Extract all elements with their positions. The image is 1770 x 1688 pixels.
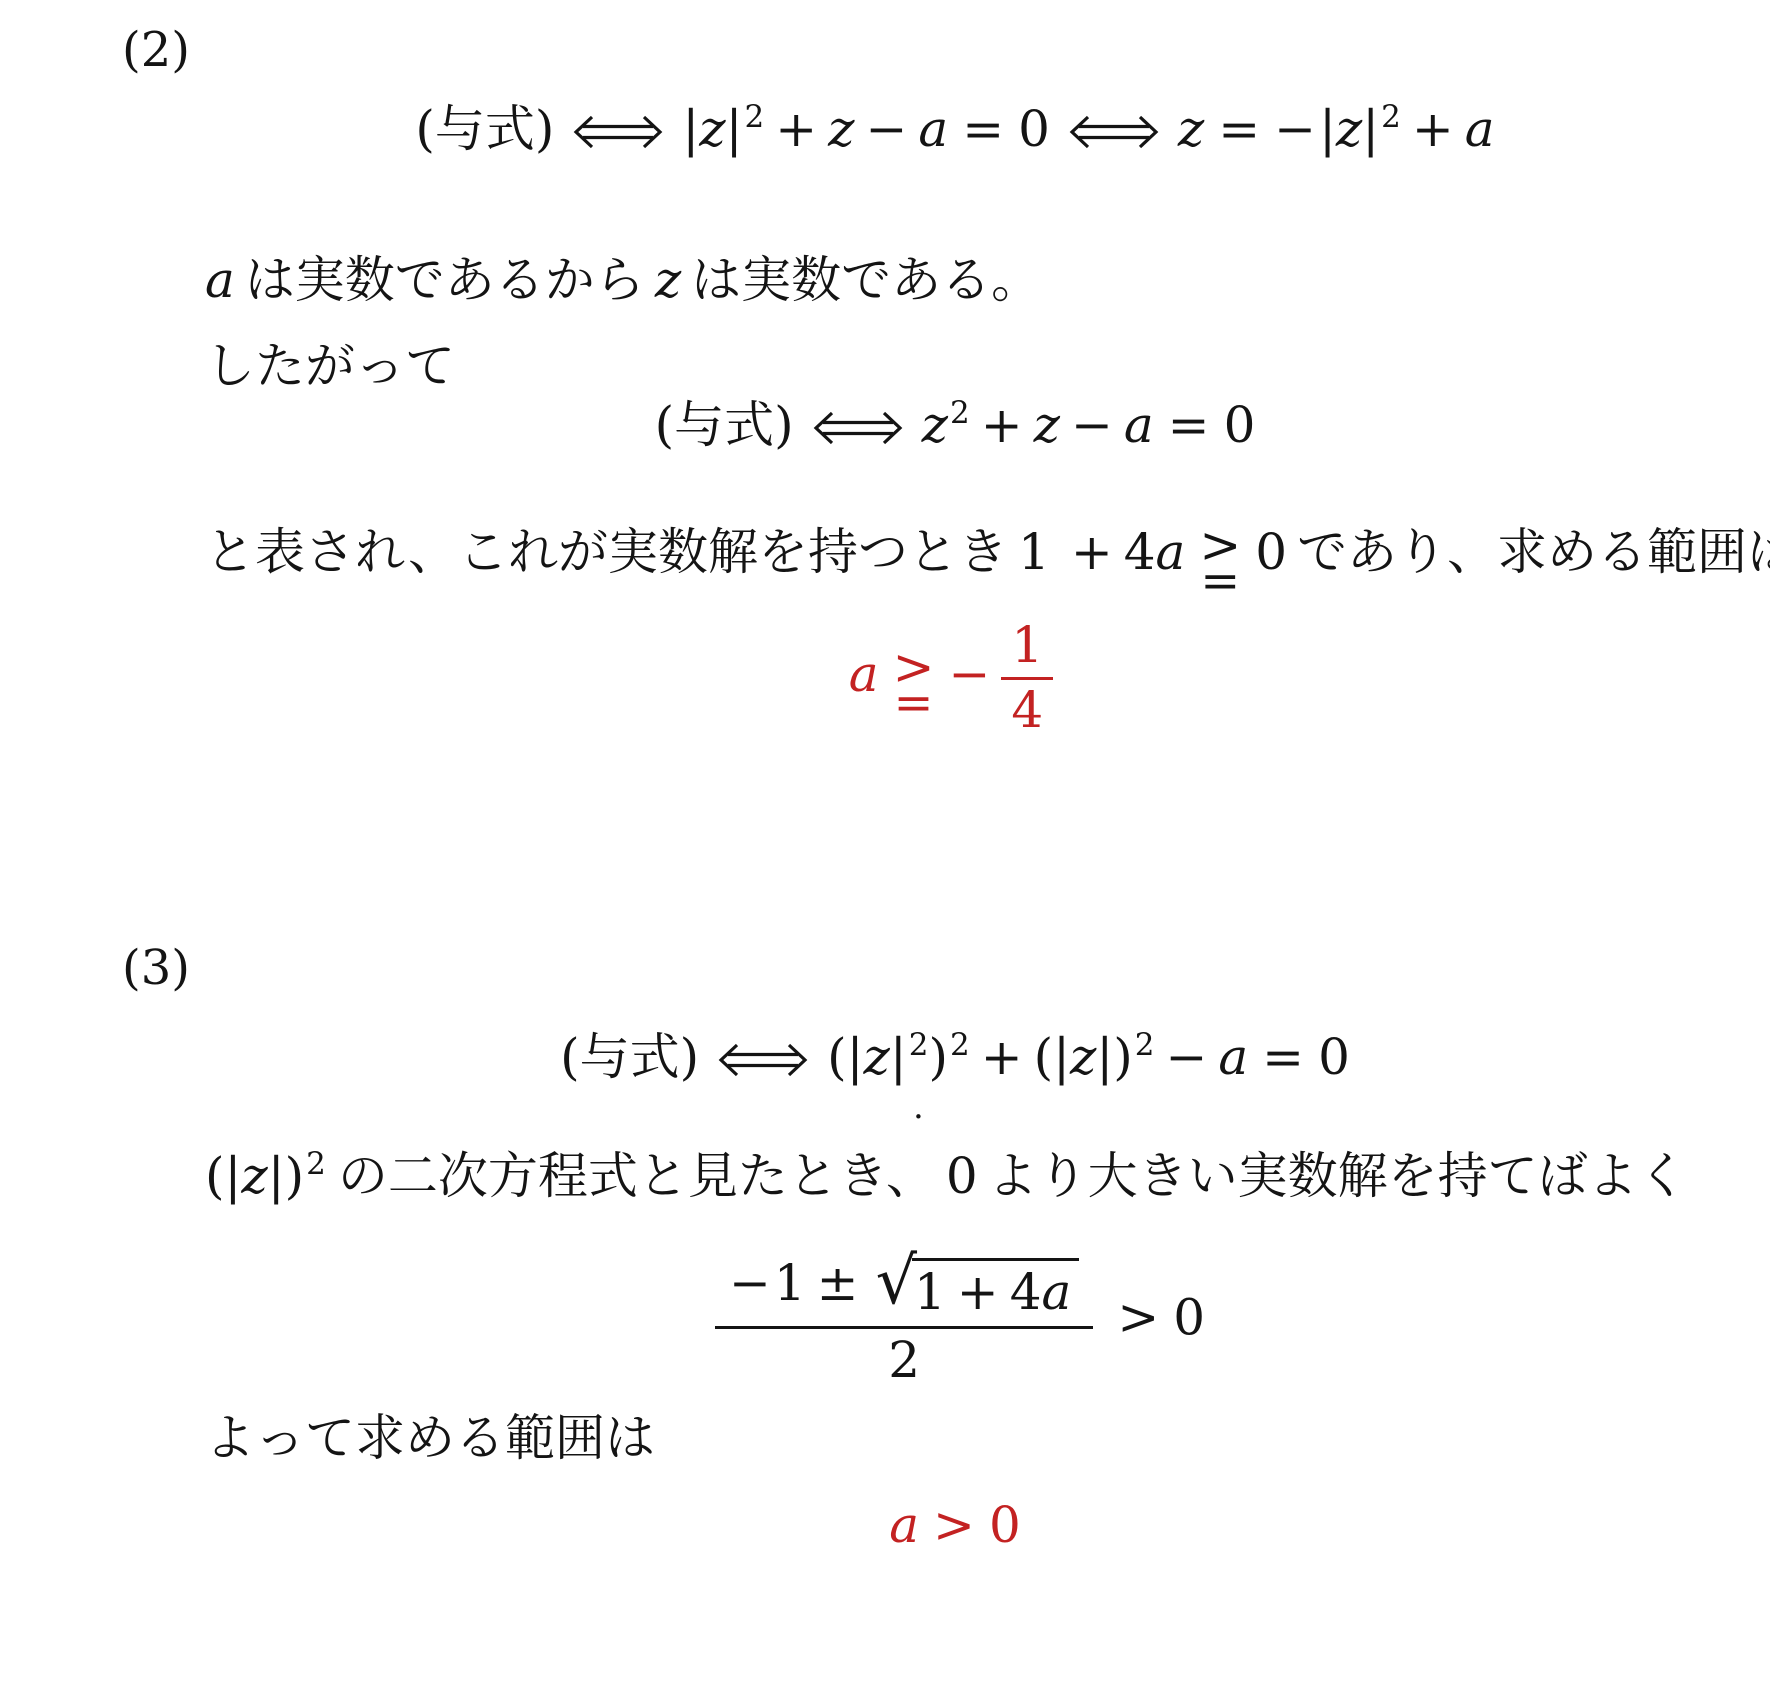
answer-3: a>0 <box>200 1490 1710 1560</box>
digit-zero: 0 <box>1224 396 1256 454</box>
op-minus: − <box>1071 396 1113 454</box>
var-a: a <box>918 100 948 158</box>
geqq-equals: = <box>894 683 934 707</box>
sentence-4: (|z|)2の二次方程式と見たとき、0より大きい実数解を持てばよく <box>205 1146 1688 1207</box>
sentence-5: よって求める範囲は <box>205 1408 655 1469</box>
abs-bar: | <box>225 1147 242 1205</box>
iff-arrow-icon <box>810 411 906 445</box>
var-z: z <box>828 100 854 158</box>
sentence-4-part-a: の二次方程式と見たとき、 <box>338 1147 936 1205</box>
exponent-2: 2 <box>950 395 970 431</box>
var-z: z <box>1070 1028 1096 1086</box>
abs-bar: | <box>682 100 699 158</box>
geqq-symbol: >= <box>1199 527 1241 585</box>
sentence-1: aは実数であるからzは実数である。 <box>205 250 1041 311</box>
op-plus: + <box>981 1028 1023 1086</box>
abs-bar: | <box>847 1028 864 1086</box>
geqq-equals: = <box>1200 561 1240 585</box>
page: (2) (与式)|z|2+z−a=0z=−|z|2+a aは実数であるからzは実… <box>0 0 1770 1688</box>
op-minus: − <box>1165 1028 1207 1086</box>
var-a: a <box>205 251 235 309</box>
var-z: z <box>864 1028 890 1086</box>
display-equation-2: (与式)z2+z−a=0 <box>200 390 1710 460</box>
section2-label: (2) <box>122 24 190 77</box>
sentence-3: と表され、これが実数解を持つとき1+4a>=0であり、求める範囲は <box>205 522 1770 585</box>
var-a: a <box>1124 396 1154 454</box>
var-a: a <box>1156 523 1186 581</box>
exponent-2: 2 <box>950 1027 970 1063</box>
op-unary-minus: − <box>729 1258 771 1308</box>
fraction-denominator: 4 <box>1011 680 1043 735</box>
sentence-4-part-b: より大きい実数解を持てばよく <box>988 1147 1688 1205</box>
display-equation-3: (与式)(|z|2)2+(|z|)2−a=0 <box>200 1022 1710 1092</box>
abs-bar: | <box>890 1028 907 1086</box>
sentence-1-part-a: は実数であるから <box>245 251 645 309</box>
fraction-numerator: 1 <box>1001 622 1053 680</box>
open-paren: ( <box>1034 1028 1054 1086</box>
op-equals: = <box>1218 100 1260 158</box>
var-z: z <box>655 251 681 309</box>
quadratic-formula-fraction: −1±√1+4a2 <box>715 1258 1093 1385</box>
fraction-denominator: 2 <box>888 1329 920 1385</box>
op-greater-than: > <box>933 1496 975 1554</box>
op-greater-than: > <box>1117 1288 1159 1346</box>
op-unary-minus: − <box>949 645 991 703</box>
fraction-numerator: −1±√1+4a <box>715 1258 1093 1329</box>
iff-arrow-icon <box>1066 115 1162 149</box>
var-a: a <box>889 1496 919 1554</box>
given-label: (与式) <box>415 100 554 158</box>
digit-one: 1 <box>914 1263 946 1321</box>
op-plus: + <box>775 100 817 158</box>
op-plus: + <box>1071 523 1113 581</box>
radicand: 1+4a <box>912 1258 1079 1317</box>
exponent-2: 2 <box>909 1027 929 1063</box>
digit-one: 1 <box>774 1258 806 1308</box>
digit-zero: 0 <box>1018 100 1050 158</box>
square-root: √1+4a <box>876 1258 1080 1317</box>
op-plus: + <box>1412 100 1454 158</box>
sentence-3-part-a: と表され、これが実数解を持つとき <box>205 523 1008 581</box>
op-equals: = <box>1262 1028 1304 1086</box>
abs-bar: | <box>268 1147 285 1205</box>
iff-arrow-icon <box>715 1043 811 1077</box>
abs-bar: | <box>1362 100 1379 158</box>
display-equation-4: −1±√1+4a2>0 <box>200 1258 1710 1385</box>
stray-dot: . <box>913 1104 924 1111</box>
var-a: a <box>1465 100 1495 158</box>
op-unary-minus: − <box>1274 100 1316 158</box>
close-paren: ) <box>1113 1028 1133 1086</box>
var-a: a <box>1042 1263 1072 1321</box>
answer-2: a>=−14 <box>200 622 1710 734</box>
var-z: z <box>922 396 948 454</box>
op-plus: + <box>957 1263 999 1321</box>
exponent-2: 2 <box>744 99 764 135</box>
exponent-2: 2 <box>306 1146 326 1182</box>
digit-zero: 0 <box>1255 523 1287 581</box>
var-z: z <box>241 1147 267 1205</box>
radical-sign: √ <box>876 1254 917 1310</box>
digit-zero: 0 <box>1318 1028 1350 1086</box>
abs-bar: | <box>1053 1028 1070 1086</box>
geqq-symbol: >= <box>893 649 935 707</box>
sentence-3-part-b: であり、求める範囲は <box>1297 523 1770 581</box>
digit-zero: 0 <box>989 1496 1021 1554</box>
digit-zero: 0 <box>1173 1288 1205 1346</box>
given-label: (与式) <box>655 396 794 454</box>
exponent-2: 2 <box>1135 1027 1155 1063</box>
close-paren: ) <box>285 1147 305 1205</box>
exponent-2: 2 <box>1381 99 1401 135</box>
given-label: (与式) <box>560 1028 699 1086</box>
abs-bar: | <box>1319 100 1336 158</box>
var-z: z <box>699 100 725 158</box>
digit-one: 1 <box>1018 523 1050 581</box>
op-plus: + <box>981 396 1023 454</box>
abs-bar: | <box>1096 1028 1113 1086</box>
var-z: z <box>1034 396 1060 454</box>
op-equals: = <box>1168 396 1210 454</box>
fraction-1-4: 14 <box>1001 622 1053 734</box>
digit-four: 4 <box>1010 1263 1042 1321</box>
var-z: z <box>1178 100 1204 158</box>
var-a: a <box>1218 1028 1248 1086</box>
var-z: z <box>1336 100 1362 158</box>
op-plus-minus: ± <box>817 1258 859 1308</box>
var-a: a <box>849 645 879 703</box>
op-minus: − <box>865 100 907 158</box>
section3-label: (3) <box>122 942 190 995</box>
digit-zero: 0 <box>946 1147 978 1205</box>
open-paren: ( <box>205 1147 225 1205</box>
open-paren: ( <box>827 1028 847 1086</box>
abs-bar: | <box>726 100 743 158</box>
sentence-2: したがって <box>205 336 455 397</box>
sentence-1-part-b: は実数である。 <box>691 251 1041 309</box>
op-equals: = <box>962 100 1004 158</box>
display-equation-1: (与式)|z|2+z−a=0z=−|z|2+a <box>200 94 1710 164</box>
digit-four: 4 <box>1124 523 1156 581</box>
iff-arrow-icon <box>570 115 666 149</box>
close-paren: ) <box>928 1028 948 1086</box>
